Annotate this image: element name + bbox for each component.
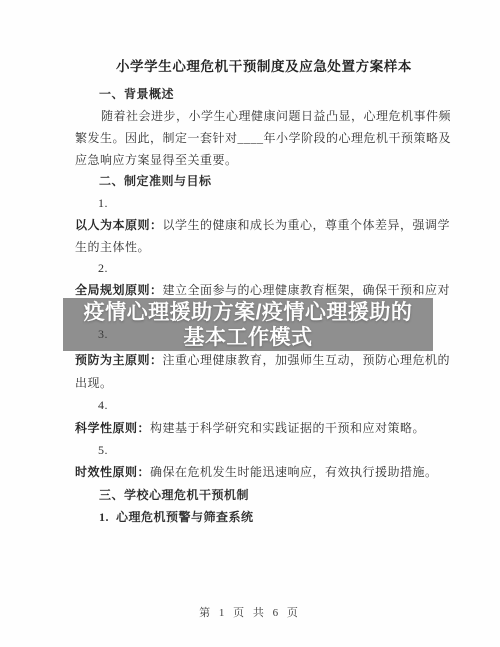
principle-3-line1: 预防为主原则：注重心理健康教育，加强师生互动，预防心理危机的	[75, 353, 450, 368]
principle-4-label: 科学性原则：	[75, 421, 150, 435]
paragraph1-line2: 繁发生。因此，制定一套针对____年小学阶段的心理危机干预策略及	[75, 131, 451, 146]
principle-5-text: 确保在危机发生时能迅速响应，有效执行援助措施。	[150, 465, 438, 479]
principle-3-line2: 出现。	[75, 376, 113, 391]
principle-1-text: 以学生的健康和成长为重心，尊重个体差异，强调学	[163, 218, 451, 232]
watermark-title-overlay[interactable]: 疫情心理援助方案/疫情心理援助的 基本工作模式	[63, 298, 433, 351]
list-number-4: 4.	[98, 398, 108, 413]
principle-3-text: 注重心理健康教育，加强师生互动，预防心理危机的	[163, 353, 451, 367]
section1-heading: 一、背景概述	[99, 87, 174, 102]
section3-item1-number: 1.	[99, 510, 109, 524]
list-number-1: 1.	[98, 196, 108, 211]
section2-heading: 二、制定准则与目标	[99, 174, 212, 189]
principle-5-line1: 时效性原则：确保在危机发生时能迅速响应，有效执行援助措施。	[75, 465, 438, 480]
section3-item1-text: 心理危机预警与筛查系统	[116, 510, 254, 524]
page-number-footer: 第 1 页 共 6 页	[0, 606, 500, 621]
watermark-title-line1: 疫情心理援助方案/疫情心理援助的	[84, 300, 413, 325]
paragraph1-line3: 应急响应方案显得至关重要。	[75, 153, 238, 168]
watermark-title-line2: 基本工作模式	[184, 325, 313, 350]
section3-item1: 1. 心理危机预警与筛查系统	[99, 510, 254, 525]
document-page: 小学学生心理危机干预制度及应急处置方案样本 一、背景概述 随着社会进步，小学生心…	[0, 0, 500, 647]
principle-1-line2: 生的主体性。	[75, 240, 150, 255]
principle-2-label: 全局规划原则：	[75, 283, 163, 297]
principle-4-text: 构建基于科学研究和实践证据的干预和应对策略。	[150, 421, 425, 435]
principle-5-label: 时效性原则：	[75, 465, 150, 479]
principle-2-line1: 全局规划原则：建立全面参与的心理健康教育框架，确保干预和应对	[75, 283, 450, 298]
list-number-3: 3.	[98, 327, 108, 342]
document-title: 小学学生心理危机干预制度及应急处置方案样本	[0, 59, 500, 74]
principle-1-line1: 以人为本原则：以学生的健康和成长为重心，尊重个体差异，强调学	[75, 218, 450, 233]
principle-3-label: 预防为主原则：	[75, 353, 163, 367]
principle-4-line1: 科学性原则：构建基于科学研究和实践证据的干预和应对策略。	[75, 421, 425, 436]
list-number-2: 2.	[98, 261, 108, 276]
paragraph1-line1: 随着社会进步，小学生心理健康问题日益凸显，心理危机事件频	[101, 109, 451, 124]
principle-2-text: 建立全面参与的心理健康教育框架，确保干预和应对	[163, 283, 451, 297]
section3-heading: 三、学校心理危机干预机制	[99, 488, 249, 503]
list-number-5: 5.	[98, 443, 108, 458]
principle-1-label: 以人为本原则：	[75, 218, 163, 232]
